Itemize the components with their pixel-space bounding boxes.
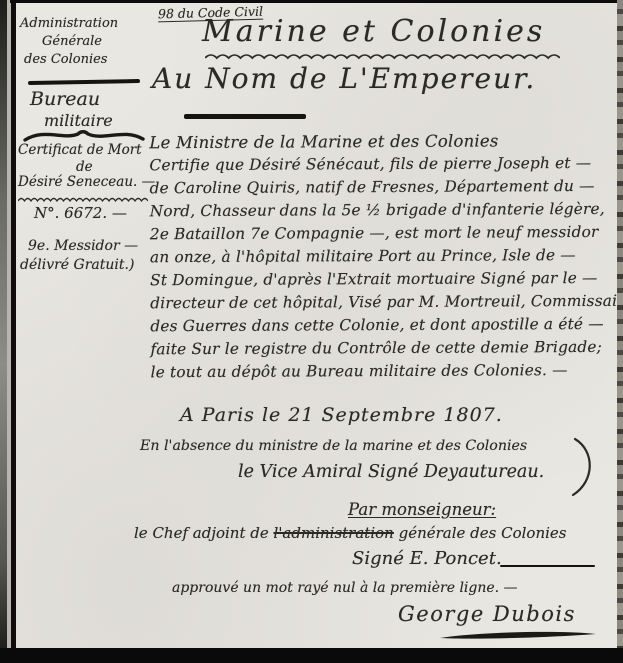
header-divider-rule xyxy=(184,114,306,119)
chef-prefix: le Chef adjoint de xyxy=(134,524,274,542)
body-line: des Guerres dans cette Colonie, et dont … xyxy=(150,313,618,338)
poncet-dash-rule xyxy=(500,565,595,567)
body-line: Nord, Chasseur dans la 5e ½ brigade d'in… xyxy=(150,198,618,223)
binding-line xyxy=(11,0,16,649)
scan-left-edge xyxy=(0,0,7,663)
margin-gratis-note: délivré Gratuit.) xyxy=(20,257,134,273)
body-line: an onze, à l'hôpital militaire Port au P… xyxy=(150,244,618,269)
margin-divider-rule xyxy=(28,79,140,85)
body-line: directeur de cet hôpital, Visé par M. Mo… xyxy=(150,290,618,315)
body-line: faite Sur le registre du Contrôle de cet… xyxy=(150,336,618,361)
dateline: A Paris le 21 Septembre 1807. xyxy=(180,404,503,426)
chef-suffix: générale des Colonies xyxy=(394,524,567,542)
signature-underline-swoosh xyxy=(438,628,598,642)
margin-certificat-line: de xyxy=(76,159,93,175)
scanned-document: Administration Générale des Colonies Bur… xyxy=(0,0,623,663)
scan-top-bar xyxy=(10,0,623,3)
margin-administration-line: des Colonies xyxy=(24,52,107,67)
chef-adjoint-line: le Chef adjoint de l'administration géné… xyxy=(134,524,566,542)
absence-line: En l'absence du ministre de la marine et… xyxy=(140,438,527,454)
margin-column: Administration Générale des Colonies Bur… xyxy=(18,0,150,663)
par-monseigneur-line: Par monseigneur: xyxy=(348,500,496,519)
body-line: le tout au dépôt au Bureau militaire des… xyxy=(151,359,619,384)
margin-numero: N°. 6672. — xyxy=(34,204,127,222)
margin-administration-line: Administration xyxy=(20,16,118,31)
signature-george-dubois: George Dubois xyxy=(398,602,576,626)
margin-bureau-line: Bureau xyxy=(30,88,100,110)
body-line: Certifie que Désiré Sénécaut, fils de pi… xyxy=(149,152,617,177)
squiggle-rule xyxy=(18,196,148,204)
main-column: 98 du Code Civil Marine et Colonies Au N… xyxy=(150,0,618,663)
approval-note: approuvé un mot rayé nul à la première l… xyxy=(172,580,518,596)
certificate-body: Le Ministre de la Marine et des Colonies… xyxy=(149,129,618,384)
signe-poncet-line: Signé E. Poncet. xyxy=(352,548,502,569)
margin-date-note: 9e. Messidor — xyxy=(28,238,138,254)
squiggle-rule xyxy=(205,52,560,61)
body-line: Le Ministre de la Marine et des Colonies xyxy=(149,129,617,154)
margin-certificat-line: Désiré Seneceau. — xyxy=(18,174,155,190)
document-title: Marine et Colonies xyxy=(202,14,545,49)
flourish-paren xyxy=(570,436,598,498)
chef-struck-word: l'administration xyxy=(274,524,394,542)
margin-administration-line: Générale xyxy=(42,34,102,49)
scan-right-edge xyxy=(617,0,623,663)
invocation-line: Au Nom de L'Empereur. xyxy=(152,62,536,95)
scan-bottom-bar xyxy=(0,648,623,663)
body-line: 2e Bataillon 7e Compagnie —, est mort le… xyxy=(150,221,618,246)
body-line: de Caroline Quiris, natif de Fresnes, Dé… xyxy=(150,175,618,200)
vice-amiral-line: le Vice Amiral Signé Deyautureau. xyxy=(238,462,544,482)
body-line: St Domingue, d'après l'Extrait mortuaire… xyxy=(150,267,618,292)
margin-certificat-line: Certificat de Mort xyxy=(18,142,142,158)
